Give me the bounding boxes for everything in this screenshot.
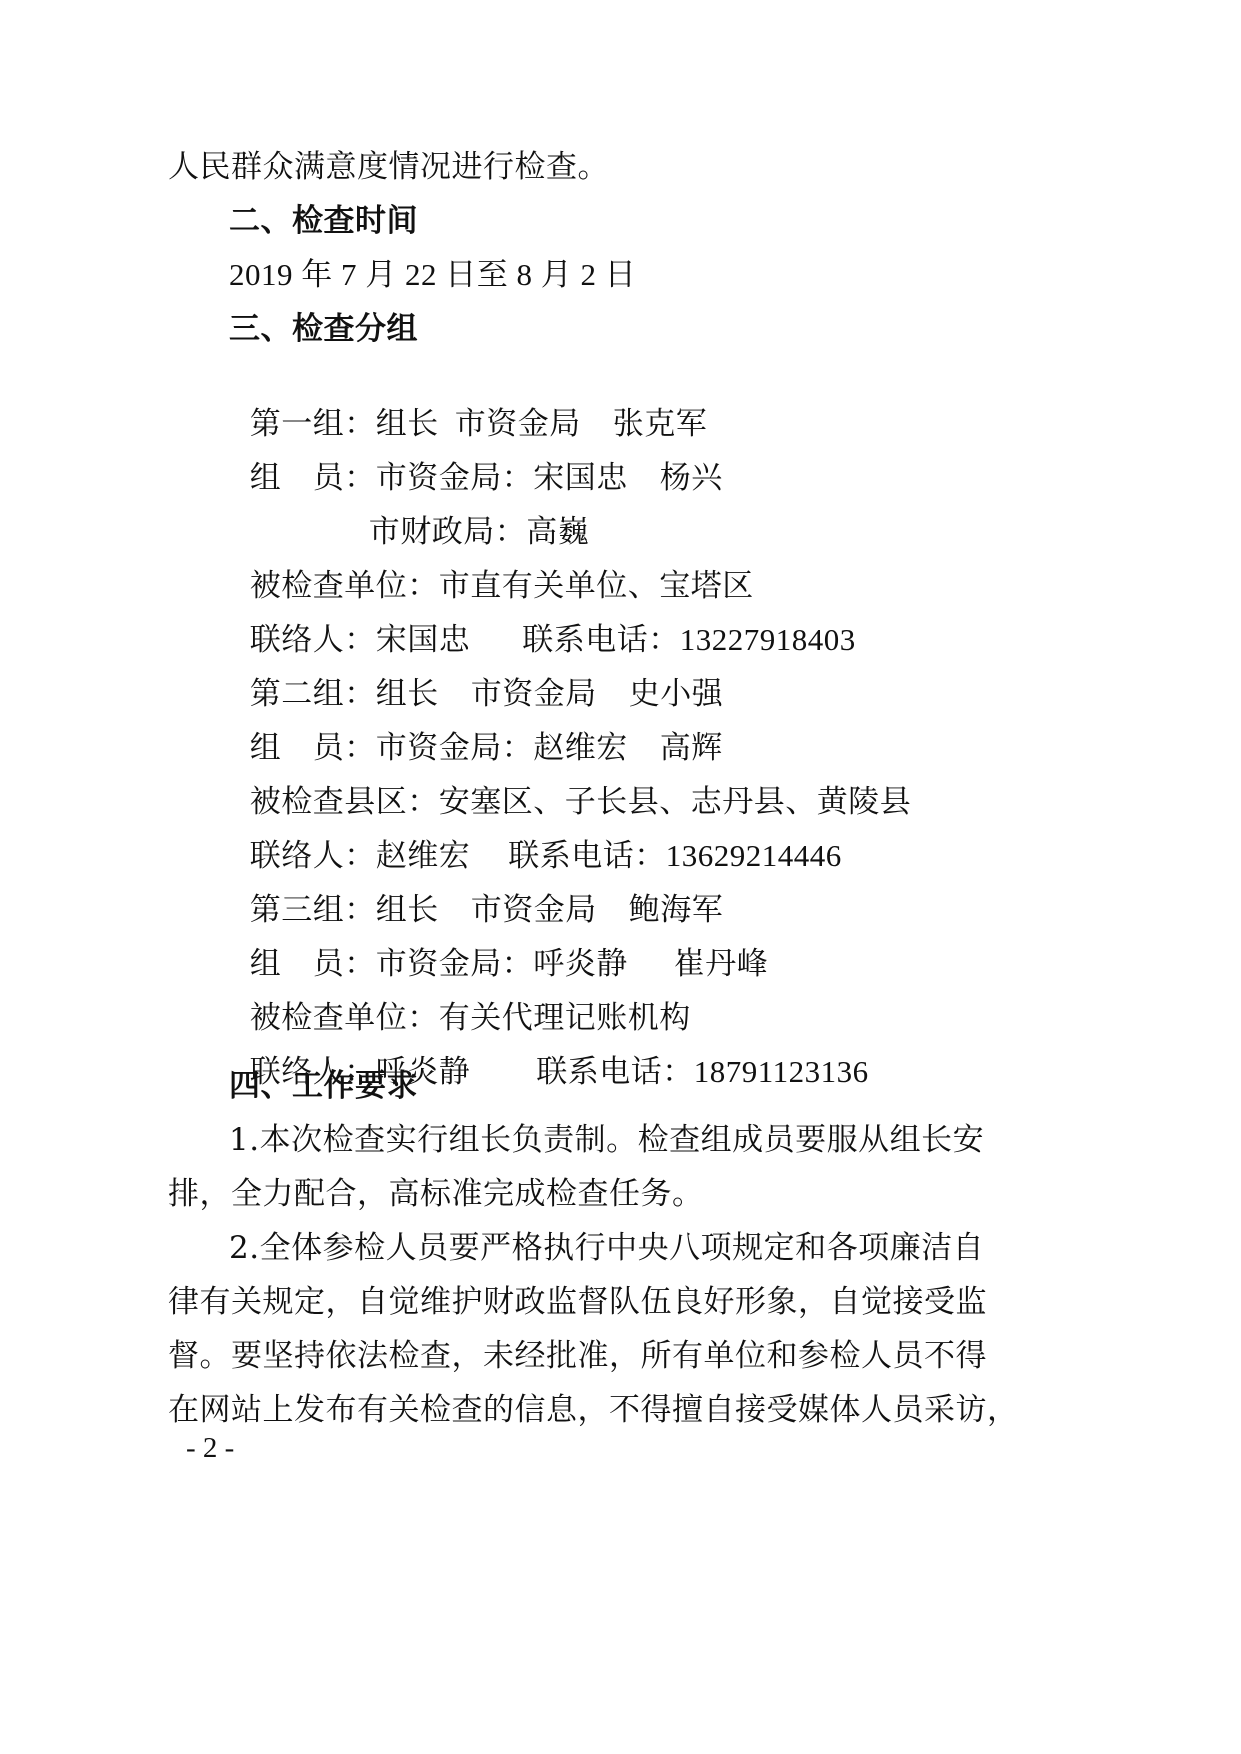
requirement-2-line-3: 督。要坚持依法检查，未经批准，所有单位和参检人员不得 (168, 1336, 987, 1376)
intro-continuation: 人民群众满意度情况进行检查。 (168, 147, 609, 187)
requirement-1-line-1: 1.本次检查实行组长负责制。检查组成员要服从组长安 (229, 1120, 984, 1160)
phone-label: 联系电话： (536, 1054, 694, 1090)
section-heading-groups: 三、检查分组 (229, 309, 418, 349)
requirement-2-line-4: 在网站上发布有关检查的信息，不得擅自接受媒体人员采访， (168, 1390, 1019, 1430)
phone-number: 18791123136 (694, 1054, 869, 1089)
requirement-2-line-2: 律有关规定，自觉维护财政监督队伍良好形象，自觉接受监 (168, 1282, 987, 1322)
requirement-1-line-2: 排，全力配合，高标准完成检查任务。 (168, 1174, 704, 1214)
section-heading-time: 二、检查时间 (229, 201, 418, 241)
section-heading-requirements: 四、工作要求 (229, 1066, 418, 1106)
page-number: - 2 - (186, 1430, 234, 1466)
inspection-date-range: 2019 年 7 月 22 日至 8 月 2 日 (229, 255, 636, 295)
requirement-2-line-1: 2.全体参检人员要严格执行中央八项规定和各项廉洁自 (229, 1228, 984, 1268)
members-names-2: 杨兴 (660, 460, 723, 496)
